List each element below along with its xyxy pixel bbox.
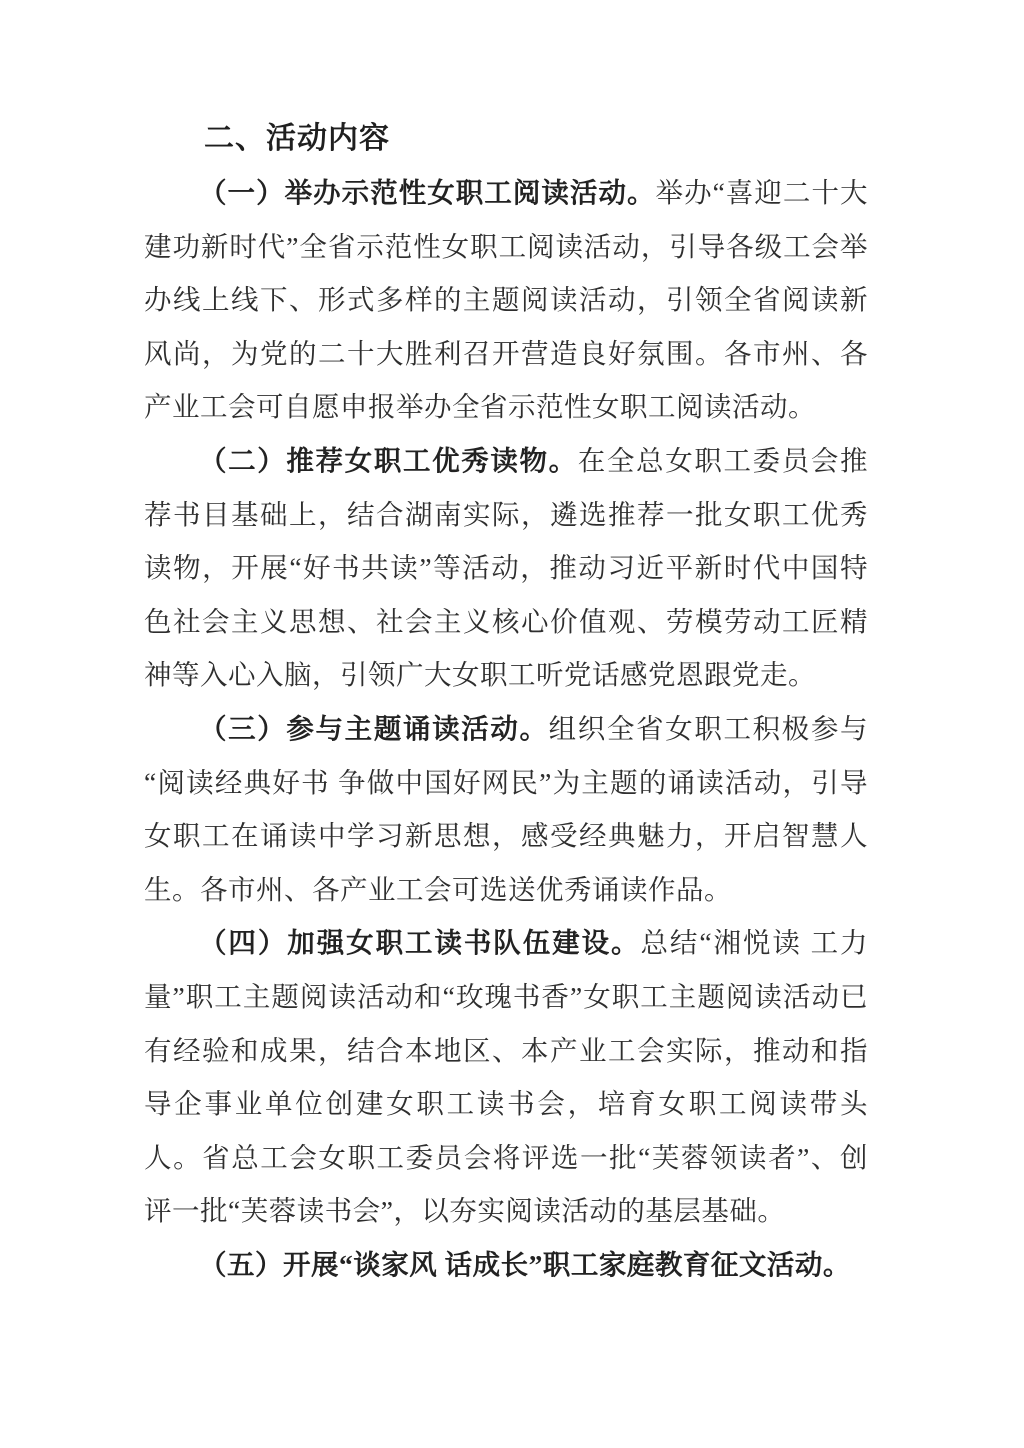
document-page: 二、活动内容 （一）举办示范性女职工阅读活动。举办“喜迎二十大建功新时代”全省示… [144,112,868,1291]
paragraph-4-lead: （四）加强女职工读书队伍建设。 [199,927,640,958]
paragraph-1-lead: （一）举办示范性女职工阅读活动。 [199,177,656,208]
paragraph-2-lead: （二）推荐女职工优秀读物。 [199,445,578,476]
paragraph-2-body: 在全总女职工委员会推荐书目基础上，结合湖南实际，遴选推荐一批女职工优秀读物，开展… [144,445,868,690]
section-heading: 二、活动内容 [144,112,868,166]
paragraph-3: （三）参与主题诵读活动。组织全省女职工积极参与“阅读经典好书 争做中国好网民”为… [144,702,868,916]
paragraph-4-body: 总结“湘悦读 工力量”职工主题阅读活动和“玫瑰书香”女职工主题阅读活动已有经验和… [144,927,868,1226]
paragraph-5-lead: （五）开展“谈家风 话成长”职工家庭教育征文活动。 [199,1249,851,1280]
paragraph-2: （二）推荐女职工优秀读物。在全总女职工委员会推荐书目基础上，结合湖南实际，遴选推… [144,434,868,702]
paragraph-1: （一）举办示范性女职工阅读活动。举办“喜迎二十大建功新时代”全省示范性女职工阅读… [144,166,868,434]
paragraph-4: （四）加强女职工读书队伍建设。总结“湘悦读 工力量”职工主题阅读活动和“玫瑰书香… [144,916,868,1238]
paragraph-3-lead: （三）参与主题诵读活动。 [199,713,549,744]
paragraph-5: （五）开展“谈家风 话成长”职工家庭教育征文活动。 [144,1238,868,1292]
paragraph-1-body: 举办“喜迎二十大建功新时代”全省示范性女职工阅读活动，引导各级工会举办线上线下、… [144,177,868,422]
